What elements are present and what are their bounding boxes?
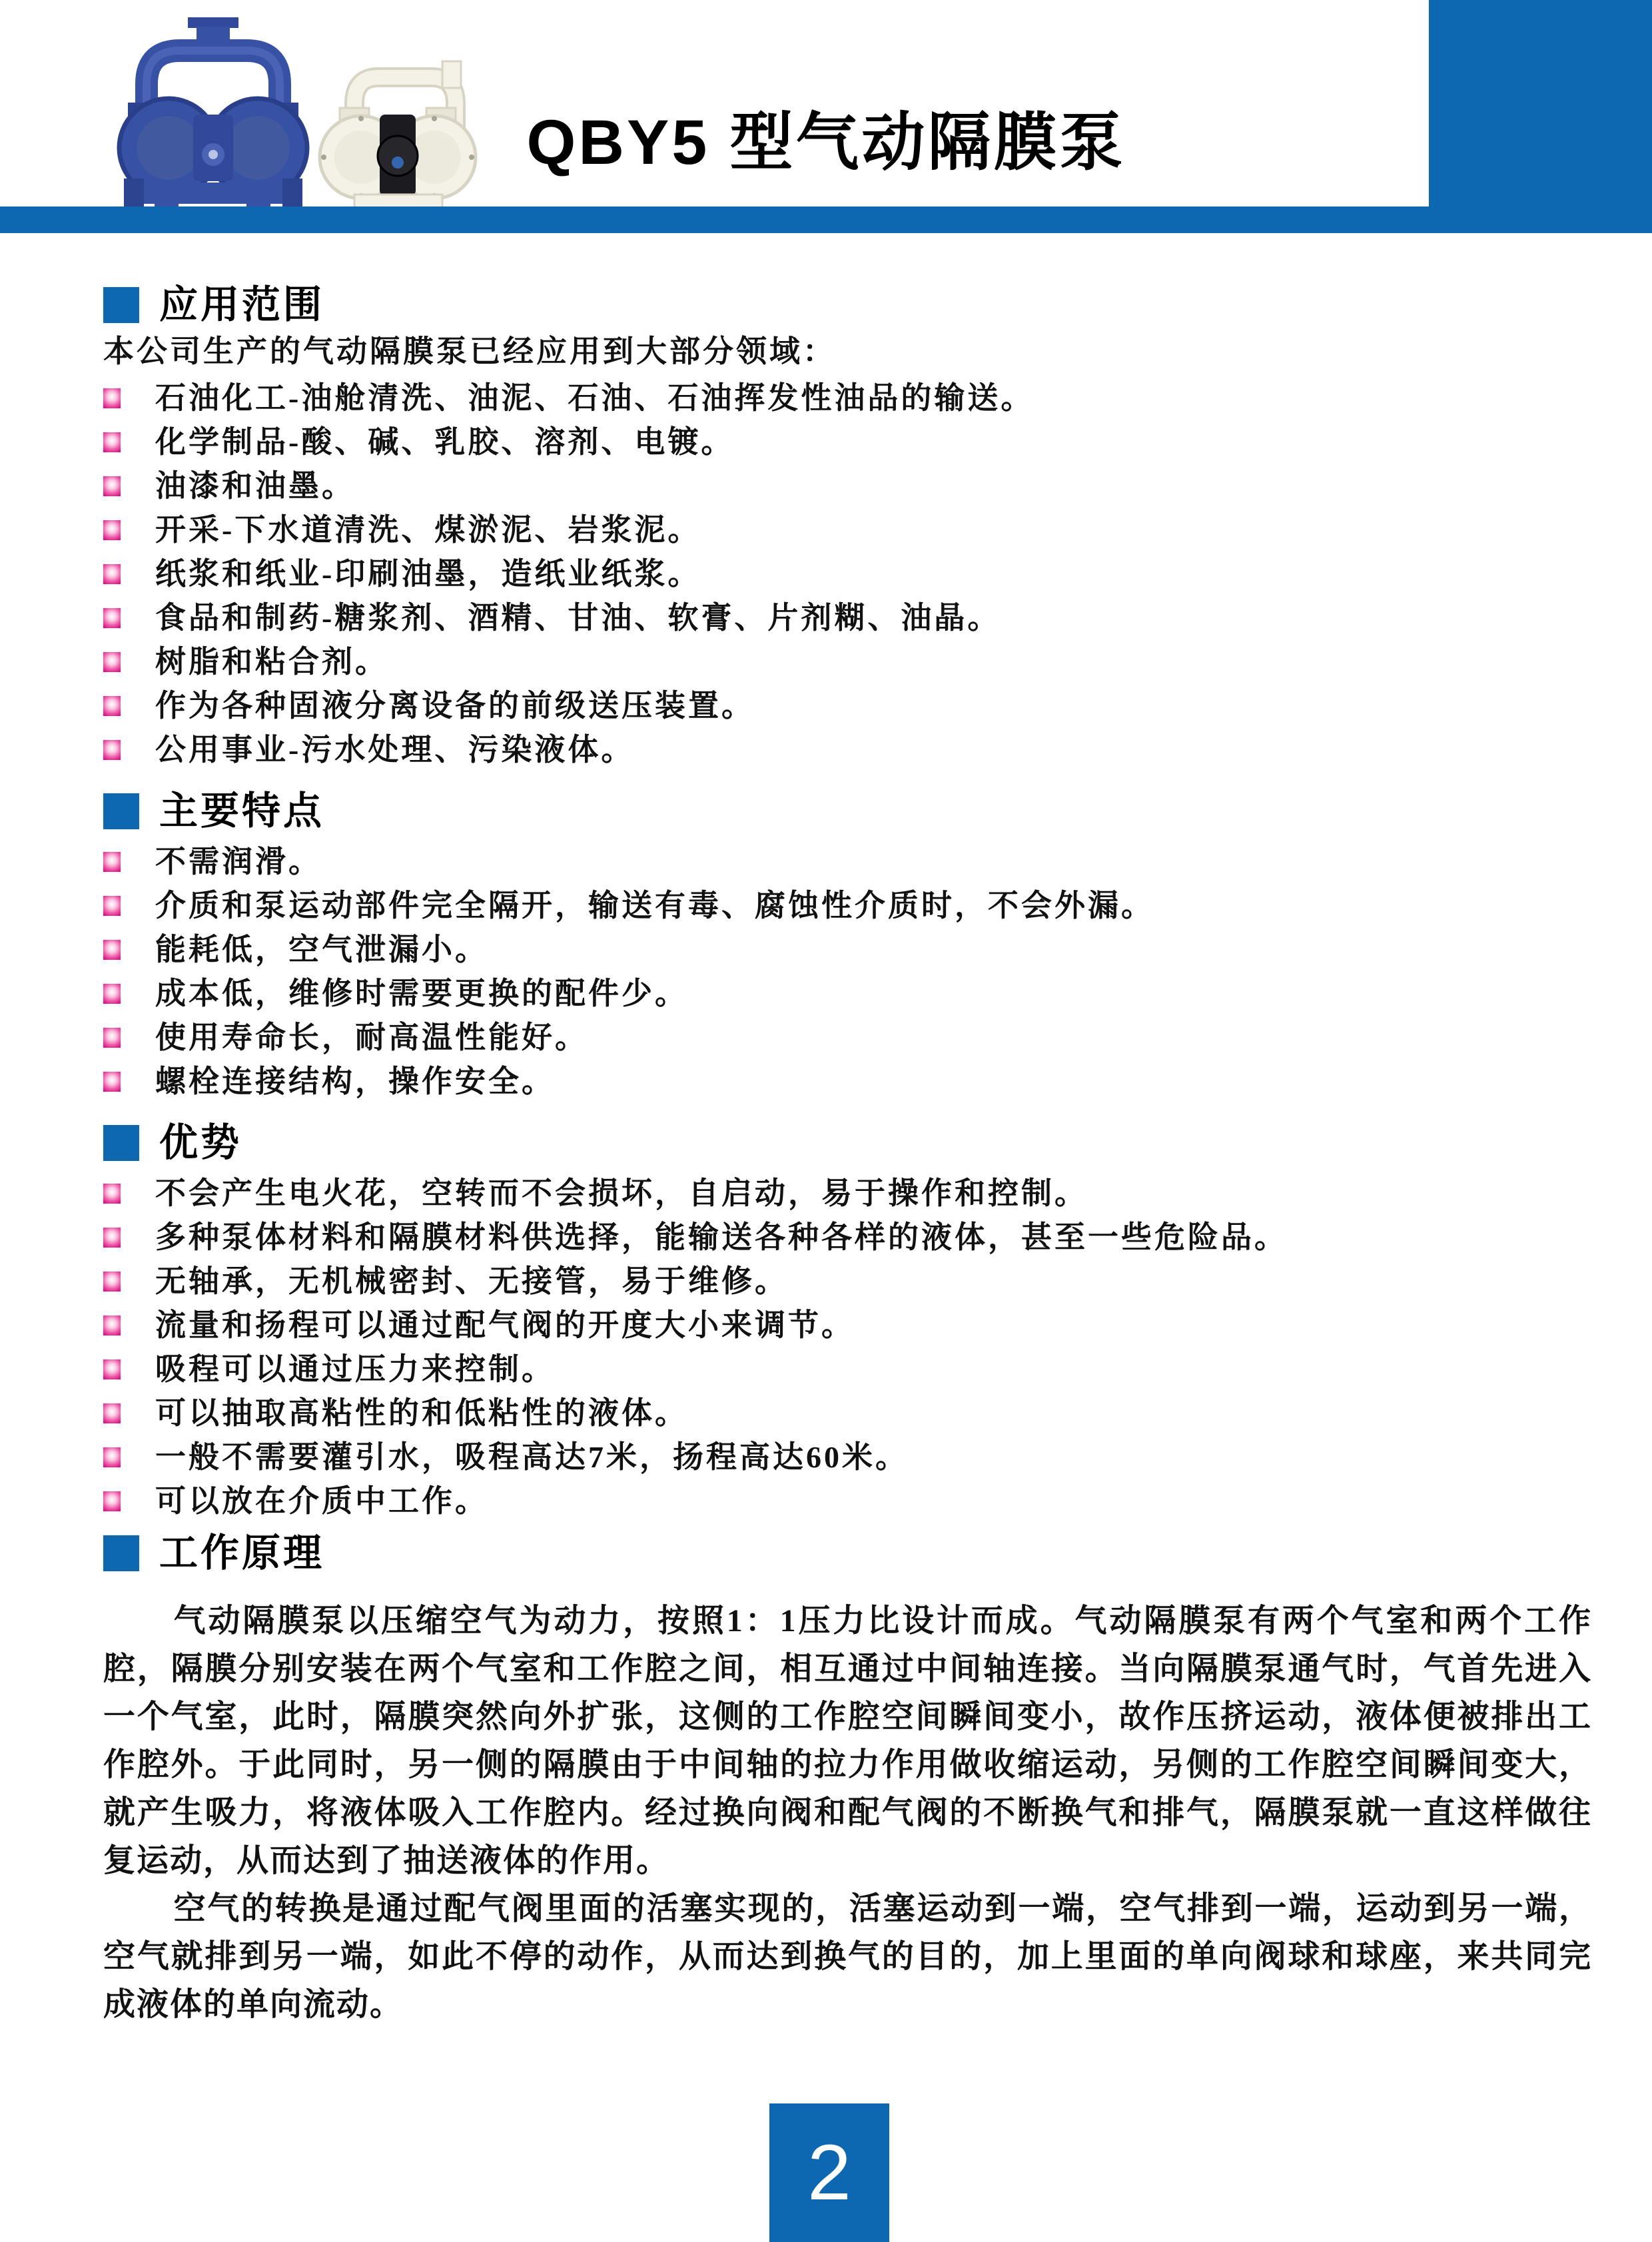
list-item-text: 作为各种固液分离设备的前级送压装置。 [155, 685, 755, 727]
list-item: 多种泵体材料和隔膜材料供选择，能输送各种各样的液体，甚至一些危险品。 [103, 1216, 1592, 1259]
list-item-text: 可以放在介质中工作。 [155, 1480, 488, 1523]
section-working-principle: 工作原理 气动隔膜泵以压缩空气为动力，按照1：1压力比设计而成。气动隔膜泵有两个… [103, 1533, 1592, 2029]
list-item-text: 螺栓连接结构，操作安全。 [155, 1060, 555, 1103]
bullet-square-icon [103, 564, 121, 584]
bullet-square-icon [103, 1315, 121, 1335]
advantages-list: 不会产生电火花，空转而不会损坏，自启动，易于操作和控制。 多种泵体材料和隔膜材料… [103, 1172, 1592, 1523]
section-heading: 工作原理 [159, 1533, 324, 1573]
list-item: 一般不需要灌引水，吸程高达7米，扬程高达60米。 [103, 1436, 1592, 1479]
list-item: 不需润滑。 [103, 841, 1592, 883]
header-divider-bar [0, 206, 1652, 233]
list-item-text: 介质和泵运动部件完全隔开，输送有毒、腐蚀性介质时，不会外漏。 [155, 885, 1154, 927]
list-item-text: 不会产生电火花，空转而不会损坏，自启动，易于操作和控制。 [155, 1172, 1088, 1215]
list-item-text: 不需润滑。 [155, 841, 322, 883]
list-item: 不会产生电火花，空转而不会损坏，自启动，易于操作和控制。 [103, 1172, 1592, 1215]
list-item: 吸程可以通过压力来控制。 [103, 1348, 1592, 1391]
paragraph: 气动隔膜泵以压缩空气为动力，按照1：1压力比设计而成。气动隔膜泵有两个气室和两个… [103, 1597, 1592, 1885]
bullet-square-icon [103, 1028, 121, 1048]
list-item: 油漆和油墨。 [103, 465, 1592, 508]
list-item: 可以抽取高粘性的和低粘性的液体。 [103, 1392, 1592, 1435]
list-item: 石油化工-油舱清洗、油泥、石油、石油挥发性油品的输送。 [103, 377, 1592, 420]
bullet-square-icon [103, 1272, 121, 1292]
list-item: 树脂和粘合剂。 [103, 641, 1592, 683]
catalog-page: QBY5 型气动隔膜泵 应用范围 本公司生产的气动隔膜泵已经应用到大部分领域： … [0, 0, 1652, 2029]
principle-paragraphs: 气动隔膜泵以压缩空气为动力，按照1：1压力比设计而成。气动隔膜泵有两个气室和两个… [103, 1597, 1592, 2029]
bullet-square-icon [103, 388, 121, 408]
bullet-square-icon [103, 1447, 121, 1467]
section-heading-row: 工作原理 [103, 1533, 1592, 1573]
features-list: 不需润滑。 介质和泵运动部件完全隔开，输送有毒、腐蚀性介质时，不会外漏。 能耗低… [103, 841, 1592, 1103]
list-item: 使用寿命长，耐高温性能好。 [103, 1016, 1592, 1059]
list-item: 公用事业-污水处理、污染液体。 [103, 729, 1592, 771]
list-item-text: 能耗低，空气泄漏小。 [155, 929, 488, 971]
list-item-text: 开采-下水道清洗、煤淤泥、岩浆泥。 [155, 509, 701, 552]
bullet-square-icon [103, 984, 121, 1004]
section-marker-square-icon [103, 1125, 139, 1161]
bullet-square-icon [103, 852, 121, 872]
bullet-square-icon [103, 940, 121, 960]
bullet-square-icon [103, 652, 121, 672]
list-item: 无轴承，无机械密封、无接管，易于维修。 [103, 1260, 1592, 1303]
list-item: 可以放在介质中工作。 [103, 1480, 1592, 1523]
bullet-square-icon [103, 520, 121, 540]
section-main-features: 主要特点 不需润滑。 介质和泵运动部件完全隔开，输送有毒、腐蚀性介质时，不会外漏… [103, 791, 1592, 1103]
list-item-text: 纸浆和纸业-印刷油墨，造纸业纸浆。 [155, 553, 701, 595]
application-list: 石油化工-油舱清洗、油泥、石油、石油挥发性油品的输送。 化学制品-酸、碱、乳胶、… [103, 377, 1592, 771]
list-item-text: 流量和扬程可以通过配气阀的开度大小来调节。 [155, 1304, 855, 1347]
list-item: 开采-下水道清洗、煤淤泥、岩浆泥。 [103, 509, 1592, 552]
bullet-square-icon [103, 1228, 121, 1248]
section-application-range: 应用范围 本公司生产的气动隔膜泵已经应用到大部分领域： 石油化工-油舱清洗、油泥… [103, 285, 1592, 771]
bullet-square-icon [103, 608, 121, 628]
list-item-text: 吸程可以通过压力来控制。 [155, 1348, 555, 1391]
list-item-text: 油漆和油墨。 [155, 465, 355, 508]
list-item-text: 成本低，维修时需要更换的配件少。 [155, 972, 688, 1015]
list-item-text: 化学制品-酸、碱、乳胶、溶剂、电镀。 [155, 421, 734, 464]
page-content: 应用范围 本公司生产的气动隔膜泵已经应用到大部分领域： 石油化工-油舱清洗、油泥… [0, 232, 1652, 2029]
bullet-square-icon [103, 696, 121, 716]
bullet-square-icon [103, 432, 121, 452]
list-item: 介质和泵运动部件完全隔开，输送有毒、腐蚀性介质时，不会外漏。 [103, 885, 1592, 927]
list-item-text: 石油化工-油舱清洗、油泥、石油、石油挥发性油品的输送。 [155, 377, 1034, 420]
list-item-text: 无轴承，无机械密封、无接管，易于维修。 [155, 1260, 788, 1303]
list-item: 纸浆和纸业-印刷油墨，造纸业纸浆。 [103, 553, 1592, 595]
section-heading: 主要特点 [159, 791, 324, 831]
list-item-text: 食品和制药-糖浆剂、酒精、甘油、软膏、片剂糊、油晶。 [155, 597, 1001, 639]
page-number: 2 [807, 2133, 851, 2212]
section-intro: 本公司生产的气动隔膜泵已经应用到大部分领域： [103, 332, 1592, 372]
list-item-text: 多种泵体材料和隔膜材料供选择，能输送各种各样的液体，甚至一些危险品。 [155, 1216, 1288, 1259]
section-marker-square-icon [103, 793, 139, 829]
list-item: 能耗低，空气泄漏小。 [103, 929, 1592, 971]
section-heading: 优势 [159, 1123, 242, 1163]
section-advantages: 优势 不会产生电火花，空转而不会损坏，自启动，易于操作和控制。 多种泵体材料和隔… [103, 1123, 1592, 1523]
section-heading: 应用范围 [159, 285, 324, 325]
list-item-text: 使用寿命长，耐高温性能好。 [155, 1016, 588, 1059]
bullet-square-icon [103, 1184, 121, 1204]
bullet-square-icon [103, 1491, 121, 1511]
section-heading-row: 应用范围 [103, 285, 1592, 325]
list-item: 螺栓连接结构，操作安全。 [103, 1060, 1592, 1103]
list-item-text: 树脂和粘合剂。 [155, 641, 388, 683]
list-item: 流量和扬程可以通过配气阀的开度大小来调节。 [103, 1304, 1592, 1347]
bullet-square-icon [103, 740, 121, 760]
bullet-square-icon [103, 476, 121, 496]
list-item: 作为各种固液分离设备的前级送压装置。 [103, 685, 1592, 727]
list-item: 化学制品-酸、碱、乳胶、溶剂、电镀。 [103, 421, 1592, 464]
bullet-square-icon [103, 1359, 121, 1379]
list-item-text: 公用事业-污水处理、污染液体。 [155, 729, 634, 771]
paragraph: 空气的转换是通过配气阀里面的活塞实现的，活塞运动到一端，空气排到一端，运动到另一… [103, 1885, 1592, 2029]
list-item-text: 一般不需要灌引水，吸程高达7米，扬程高达60米。 [155, 1436, 909, 1479]
page-number-box: 2 [769, 2103, 889, 2242]
list-item-text: 可以抽取高粘性的和低粘性的液体。 [155, 1392, 688, 1435]
list-item: 食品和制药-糖浆剂、酒精、甘油、软膏、片剂糊、油晶。 [103, 597, 1592, 639]
list-item: 成本低，维修时需要更换的配件少。 [103, 972, 1592, 1015]
bullet-square-icon [103, 1403, 121, 1423]
bullet-square-icon [103, 896, 121, 916]
page-header: QBY5 型气动隔膜泵 [0, 0, 1652, 232]
bullet-square-icon [103, 1072, 121, 1092]
section-marker-square-icon [103, 287, 139, 323]
section-marker-square-icon [103, 1535, 139, 1571]
header-corner-block [1429, 0, 1652, 208]
section-heading-row: 主要特点 [103, 791, 1592, 831]
section-heading-row: 优势 [103, 1123, 1592, 1163]
page-title: QBY5 型气动隔膜泵 [0, 92, 1652, 183]
